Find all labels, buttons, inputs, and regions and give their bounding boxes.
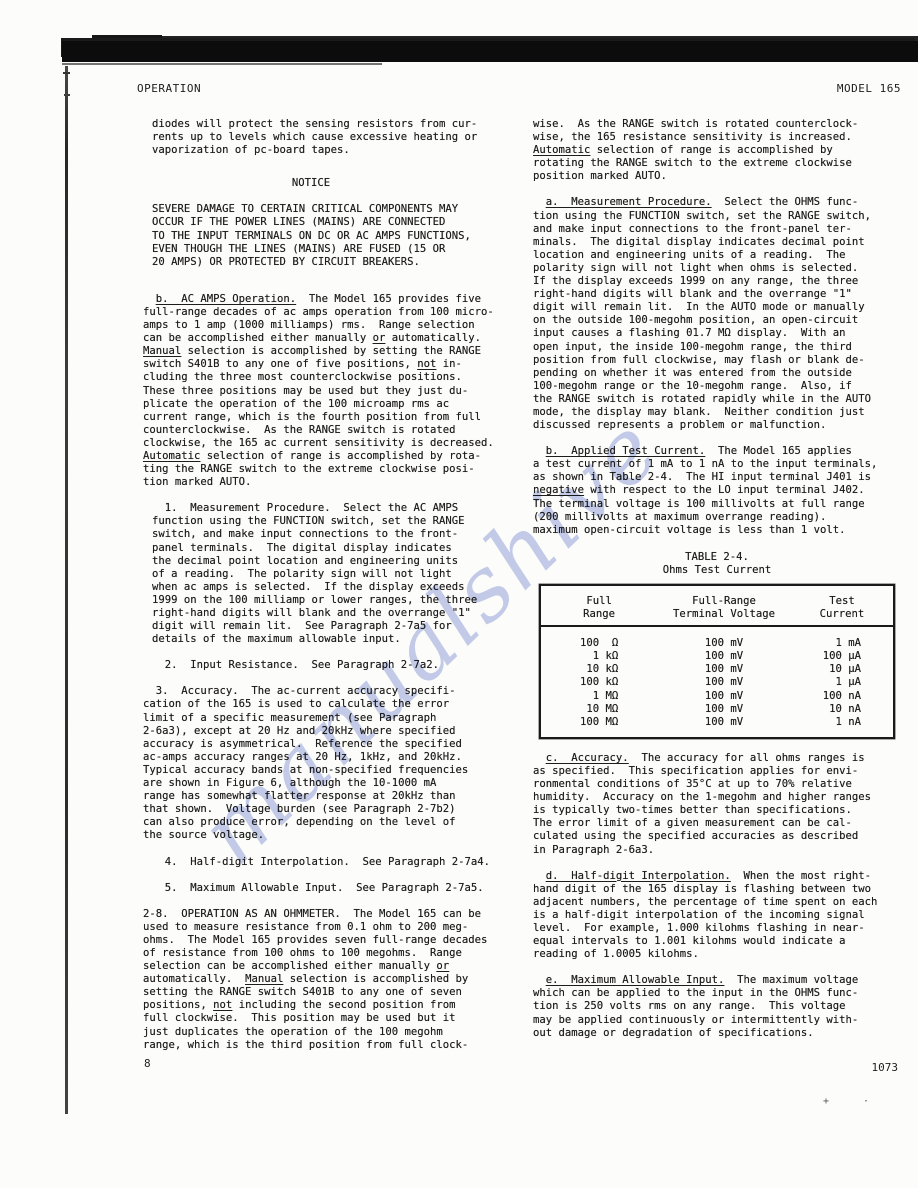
table-cell: 100 Ω [541, 637, 657, 650]
item-measurement-procedure: 1. Measurement Procedure. Select the AC … [152, 502, 479, 646]
table-cell: 1 mA [791, 637, 893, 650]
notice-heading: NOTICE [143, 177, 479, 190]
ohms-table-header: Full Range [541, 595, 657, 621]
table-cell: 100 mV [657, 703, 791, 716]
table-row: 1 kΩ100 mV100 μA [541, 650, 893, 663]
table-cell: 100 mV [657, 716, 791, 729]
ohms-table-head-row: Full RangeFull-Range Terminal VoltageTes… [541, 586, 893, 627]
table-cell: 1 μA [791, 676, 893, 689]
manual-page: manualshive OPERATION MODEL 165 diodes w… [0, 0, 918, 1188]
table-row: 10 MΩ100 mV 10 nA [541, 703, 893, 716]
para-a-measurement-procedure: a. Measurement Procedure. Select the OHM… [533, 196, 913, 432]
table-row: 1 MΩ100 mV100 nA [541, 690, 893, 703]
item-half-digit-interpolation: 4. Half-digit Interpolation. See Paragra… [152, 856, 479, 869]
table-cell: 1 nA [791, 716, 893, 729]
page-edge-line [65, 66, 68, 1114]
table-cell: 100 mV [657, 637, 791, 650]
item-input-resistance: 2. Input Resistance. See Paragraph 2-7a2… [152, 659, 479, 672]
table-cell: 10 μA [791, 663, 893, 676]
ohms-table-header: Full-Range Terminal Voltage [657, 595, 791, 621]
right-column: wise. As the RANGE switch is rotated cou… [533, 112, 913, 1040]
doc-number: 1073 [872, 1061, 899, 1074]
table-cell: 1 kΩ [541, 650, 657, 663]
table-row: 100 MΩ100 mV 1 nA [541, 716, 893, 729]
table-caption-number: TABLE 2-4. [539, 551, 895, 564]
item-maximum-allowable-input: 5. Maximum Allowable Input. See Paragrap… [152, 882, 479, 895]
running-header-model: MODEL 165 [837, 82, 901, 95]
table-row: 100 Ω100 mV 1 mA [541, 637, 893, 650]
table-cell: 100 mV [657, 690, 791, 703]
notice-body: SEVERE DAMAGE TO CERTAIN CRITICAL COMPON… [152, 203, 479, 268]
para-e-maximum-allowable-input: e. Maximum Allowable Input. The maximum … [533, 974, 913, 1039]
footer-stray-marks: + · [823, 1096, 883, 1107]
para-operation-as-ohmmeter: 2-8. OPERATION AS AN OHMMETER. The Model… [143, 908, 479, 1052]
table-cell: 100 MΩ [541, 716, 657, 729]
para-d-half-digit-interpolation: d. Half-digit Interpolation. When the mo… [533, 870, 913, 962]
table-cell: 100 nA [791, 690, 893, 703]
table-cell: 1 MΩ [541, 690, 657, 703]
table-row: 10 kΩ100 mV 10 μA [541, 663, 893, 676]
table-cell: 100 kΩ [541, 676, 657, 689]
table-cell: 100 μA [791, 650, 893, 663]
table-caption-title: Ohms Test Current [539, 564, 895, 577]
para-ohmmeter-continuation: wise. As the RANGE switch is rotated cou… [533, 118, 913, 183]
ohms-table: Full RangeFull-Range Terminal VoltageTes… [539, 584, 895, 739]
table-cell: 100 mV [657, 663, 791, 676]
left-column: diodes will protect the sensing resistor… [143, 112, 479, 1052]
para-ac-amps-operation: b. AC AMPS Operation. The Model 165 prov… [143, 293, 479, 489]
item-accuracy: 3. Accuracy. The ac-current accuracy spe… [143, 685, 479, 842]
para-c-accuracy: c. Accuracy. The accuracy for all ohms r… [533, 752, 913, 857]
table-cell: 100 mV [657, 650, 791, 663]
scan-artifact-top-bar [62, 41, 918, 62]
page-number: 8 [144, 1057, 151, 1070]
table-cell: 100 mV [657, 676, 791, 689]
ohms-table-body: 100 Ω100 mV 1 mA 1 kΩ100 mV100 μA 10 kΩ1… [541, 627, 893, 737]
table-row: 100 kΩ100 mV 1 μA [541, 676, 893, 689]
table-cell: 10 MΩ [541, 703, 657, 716]
para-b-applied-test-current: b. Applied Test Current. The Model 165 a… [533, 445, 913, 537]
table-cell: 10 nA [791, 703, 893, 716]
ohms-table-block: TABLE 2-4. Ohms Test Current Full RangeF… [539, 551, 895, 739]
running-header-section: OPERATION [137, 82, 201, 95]
ohms-table-header: Test Current [791, 595, 893, 621]
table-cell: 10 kΩ [541, 663, 657, 676]
para-diodes: diodes will protect the sensing resistor… [152, 118, 479, 157]
